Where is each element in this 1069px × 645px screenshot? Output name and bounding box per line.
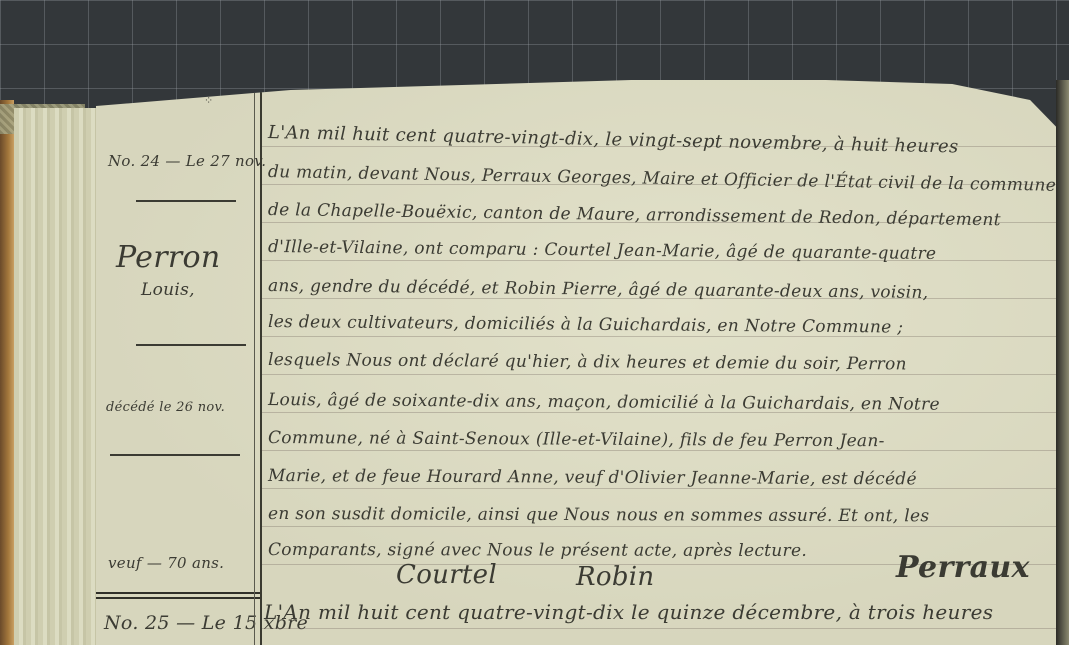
margin-death-date: décédé le 26 nov. xyxy=(106,400,225,415)
record-line-6: les deux cultivateurs, domiciliés à la G… xyxy=(268,312,903,338)
entry-separator xyxy=(96,597,260,599)
ruled-line xyxy=(262,374,1062,375)
signature-mayor: Perraux xyxy=(896,550,1030,585)
page-stack-edges xyxy=(14,108,96,645)
margin-status-age: veuf — 70 ans. xyxy=(108,554,224,572)
record-line-11: en son susdit domicile, ainsi que Nous n… xyxy=(268,504,929,526)
margin-divider xyxy=(136,200,236,202)
record-line-7: lesquels Nous ont déclaré qu'hier, à dix… xyxy=(268,350,907,374)
record-line-3: de la Chapelle-Bouëxic, canton de Maure,… xyxy=(268,200,1001,230)
margin-divider xyxy=(110,454,240,456)
ruled-line xyxy=(262,336,1062,337)
record-line-10: Marie, et de feue Hourard Anne, veuf d'O… xyxy=(268,466,917,489)
entry-separator xyxy=(96,592,260,594)
record-line-12: Comparants, signé avec Nous le présent a… xyxy=(268,540,807,561)
margin-surname: Perron xyxy=(116,240,220,275)
margin-divider xyxy=(136,344,246,346)
margin-entry-number: No. 24 — Le 27 nov. xyxy=(108,152,266,170)
register-page: No. 24 — Le 27 nov. Perron Louis, décédé… xyxy=(96,80,1069,645)
signature-robin: Robin xyxy=(576,562,654,592)
margin-rule-inner xyxy=(254,86,255,645)
margin-rule xyxy=(260,86,262,645)
margin-given-name: Louis, xyxy=(141,280,195,300)
margin-column: No. 24 — Le 27 nov. Perron Louis, décédé… xyxy=(96,80,260,645)
book-binding xyxy=(0,100,14,645)
ruled-line xyxy=(262,628,1062,629)
record-line-9: Commune, né à Saint-Senoux (Ille-et-Vila… xyxy=(268,428,885,451)
page-gutter-edge xyxy=(1056,80,1069,645)
signature-courtel: Courtel xyxy=(396,560,497,590)
record-line-8: Louis, âgé de soixante-dix ans, maçon, d… xyxy=(268,390,940,415)
ruled-line xyxy=(262,450,1062,451)
ruled-line xyxy=(262,526,1062,527)
ruled-line xyxy=(262,488,1062,489)
record-line-2: du matin, devant Nous, Perraux Georges, … xyxy=(268,162,1056,196)
next-record-first-line: L'An mil huit cent quatre-vingt-dix le q… xyxy=(264,600,993,624)
record-line-1: L'An mil huit cent quatre-vingt-dix, le … xyxy=(268,122,959,157)
